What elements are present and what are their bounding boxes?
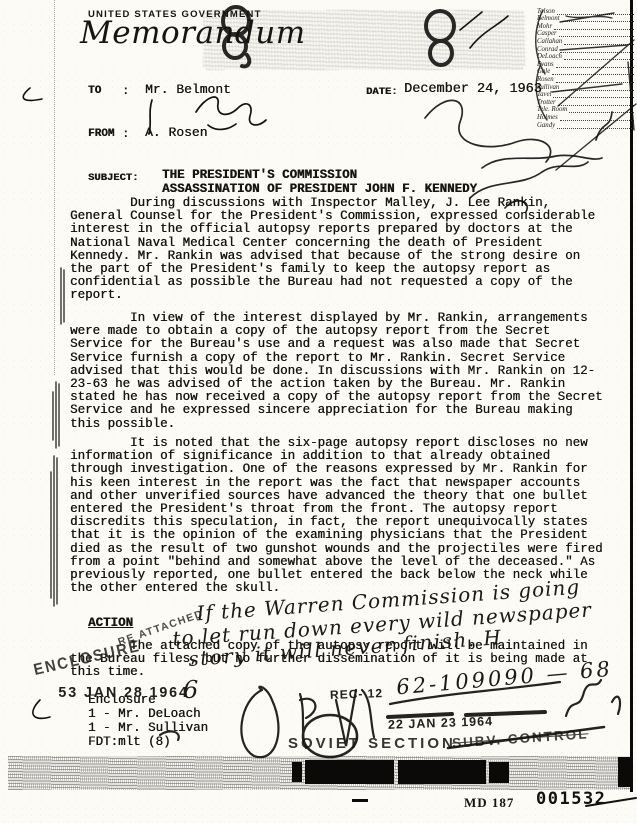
routing-name: Mohr [537, 22, 634, 30]
from-label: FROM [88, 128, 114, 140]
routing-name: Gandy [537, 121, 634, 129]
body-paragraph-2: In view of the interest displayed by Mr.… [70, 312, 607, 431]
margin-mark [23, 88, 42, 100]
routing-name: Trotter [537, 98, 634, 106]
date-value: December 24, 1963 [404, 82, 542, 97]
body-paragraph-3: It is noted that the six-page autopsy re… [70, 437, 607, 595]
to-value: Mr. Belmont [145, 82, 231, 97]
doc-type-title: Memorandum [80, 15, 306, 51]
enclosure-block-line: 1 - Mr. DeLoach [88, 707, 201, 721]
routing-name: Tavel [537, 91, 634, 99]
memo-scan-page: UNITED STATES GOVERNMENT Memorandum Tols… [0, 0, 637, 823]
routing-name: Tolson [537, 7, 634, 15]
rec-number-stamp: REC- 12 [330, 686, 383, 702]
to-colon: : [122, 84, 129, 98]
routing-name: Tele. Room [537, 106, 634, 114]
action-heading: ACTION [88, 616, 133, 630]
enclosure-block-line: 1 - Mr. Sullivan [88, 721, 208, 735]
subject-line1: THE PRESIDENT'S COMMISSION [162, 168, 357, 182]
subject-label: SUBJECT: [88, 172, 138, 184]
routing-list: Tolson Belmont Mohr Casper Callahan Conr… [537, 7, 634, 129]
margin-mark [33, 700, 50, 718]
handwritten-digit: 6 [183, 676, 198, 704]
routing-name: Sullivan [537, 83, 634, 91]
routing-name: Casper [537, 30, 634, 38]
routing-name: Rosen [537, 75, 634, 83]
margin-emphasis-lines [51, 268, 64, 606]
routing-name: DeLoach [537, 53, 634, 61]
date-received-stamp: 53 JAN 28 1964 [58, 684, 188, 701]
subject-line2: ASSASSINATION OF PRESIDENT JOHN F. KENNE… [162, 182, 477, 196]
redaction-bar [398, 760, 486, 784]
to-label: TO [88, 85, 101, 97]
from-value: A. Rosen [145, 125, 207, 140]
subv-control-stamp: SUBV. CONTROL [452, 726, 589, 750]
routing-name: Belmont [537, 15, 634, 23]
routing-name: Gale [537, 68, 634, 76]
redaction-bar [618, 757, 633, 787]
routing-name: Conrad [537, 45, 634, 53]
routing-name: Evans [537, 60, 634, 68]
md-number: MD 187 [464, 795, 514, 811]
enclosure-block-line: FDT:mlt (8) [88, 735, 171, 749]
routing-name: Callahan [537, 37, 634, 45]
page-fold-line [54, 0, 55, 375]
redaction-bar [489, 762, 509, 783]
date-label: DATE: [366, 86, 398, 98]
redaction-bar [292, 762, 302, 782]
footer-dash-mark [352, 799, 368, 802]
soviet-section-stamp: SOVIET SECTION [288, 735, 456, 752]
date-stamp-2: 22 JAN 23 1964 [388, 714, 493, 732]
serial-number: 001532 [536, 789, 606, 809]
from-colon: : [122, 127, 129, 141]
body-paragraph-1: During discussions with Inspector Malley… [70, 197, 607, 303]
routing-name: Holmes [537, 113, 634, 121]
redaction-bar [305, 760, 394, 784]
